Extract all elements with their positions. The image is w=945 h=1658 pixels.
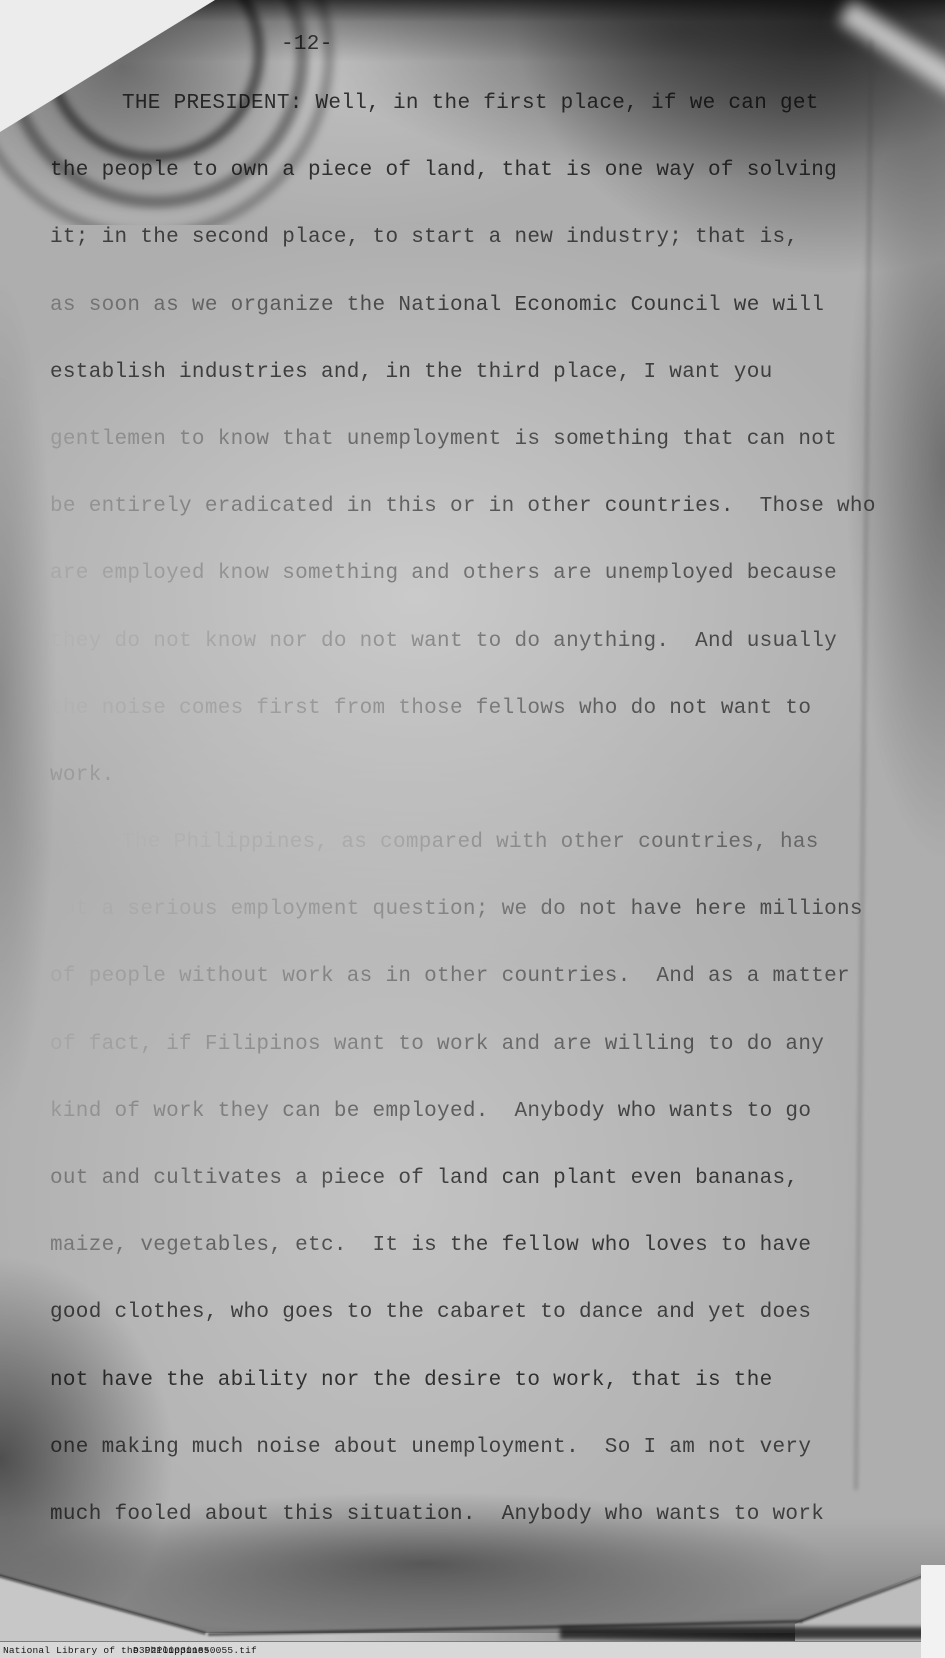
typewritten-line: THE PRESIDENT: Well, in the first place,…: [50, 92, 930, 159]
typewritten-line: establish industries and, in the third p…: [50, 361, 930, 428]
typewritten-line: not have the ability nor the desire to w…: [50, 1369, 930, 1436]
typewritten-line: of people without work as in other count…: [50, 965, 930, 1032]
white-label-patch: [921, 1565, 945, 1658]
typewritten-line: they do not know nor do not want to do a…: [50, 630, 930, 697]
typewritten-line: kind of work they can be employed. Anybo…: [50, 1100, 930, 1167]
page-number: -12-: [281, 33, 333, 56]
typewritten-line: it; in the second place, to start a new …: [50, 226, 930, 293]
typewritten-line: much fooled about this situation. Anybod…: [50, 1503, 930, 1570]
typewritten-line: one making much noise about unemployment…: [50, 1436, 930, 1503]
typewritten-line: out and cultivates a piece of land can p…: [50, 1167, 930, 1234]
scan-footer-bar: National Library of the Philippines D392…: [0, 1641, 945, 1658]
typewritten-line: the people to own a piece of land, that …: [50, 159, 930, 226]
typewritten-line: maize, vegetables, etc. It is the fellow…: [50, 1234, 930, 1301]
typewritten-line: of fact, if Filipinos want to work and a…: [50, 1033, 930, 1100]
typewritten-line: are employed know something and others a…: [50, 562, 930, 629]
typewritten-line: as soon as we organize the National Econ…: [50, 294, 930, 361]
footer-file-id: D392P000301850055.tif: [133, 1645, 257, 1656]
typewritten-text: THE PRESIDENT: Well, in the first place,…: [50, 92, 930, 1570]
typewritten-line: work.: [50, 764, 930, 831]
typewritten-line: be entirely eradicated in this or in oth…: [50, 495, 930, 562]
typewritten-line: not a serious employment question; we do…: [50, 898, 930, 965]
scanned-document-page: -12- THE PRESIDENT: Well, in the first p…: [0, 0, 945, 1658]
typewritten-line: the noise comes first from those fellows…: [50, 697, 930, 764]
typewritten-line: good clothes, who goes to the cabaret to…: [50, 1301, 930, 1368]
typewritten-line: gentlemen to know that unemployment is s…: [50, 428, 930, 495]
typewritten-line: The Philippines, as compared with other …: [50, 831, 930, 898]
